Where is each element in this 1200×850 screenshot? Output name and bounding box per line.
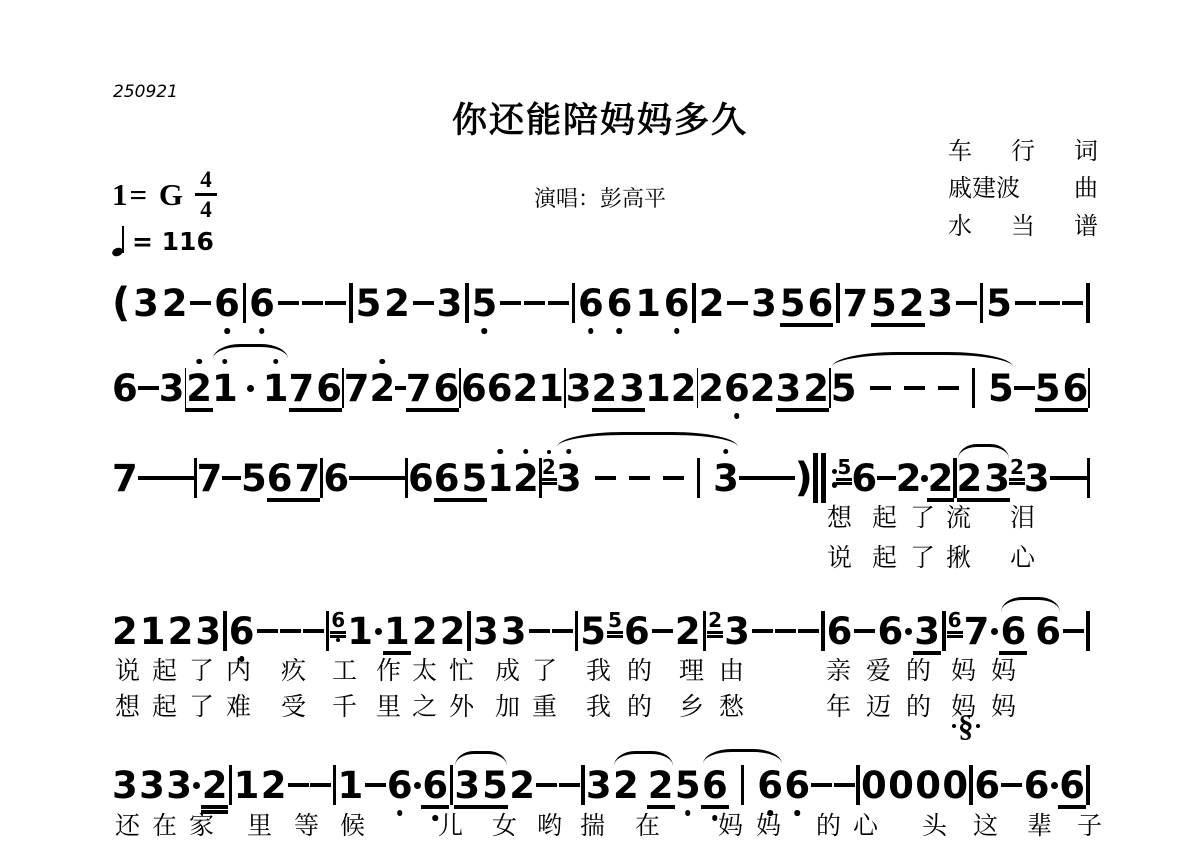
lyric-char: 了 bbox=[189, 658, 214, 683]
note-digit: 7 bbox=[842, 285, 868, 322]
note-digit: 2 bbox=[112, 613, 138, 650]
note-digit: 6 bbox=[974, 767, 1000, 804]
rest-note: 0 bbox=[915, 767, 941, 804]
note: 6 bbox=[578, 285, 604, 322]
grace-note: 2 bbox=[542, 457, 556, 477]
lyric-char: 妈 bbox=[756, 813, 781, 838]
barline bbox=[326, 611, 330, 651]
lyric-char: 内 bbox=[226, 658, 251, 683]
lyric-char: 辈 bbox=[1027, 813, 1052, 838]
note-digit: 3 bbox=[133, 285, 159, 322]
note-digit: 1 bbox=[263, 370, 289, 407]
note-digit: 6 bbox=[827, 613, 853, 650]
segno-icon: § bbox=[958, 710, 974, 741]
note-digit: 6 bbox=[851, 460, 877, 497]
lyric-char: 在 bbox=[152, 813, 177, 838]
octave-dot-below bbox=[224, 328, 230, 334]
note-digit: 2 bbox=[412, 613, 438, 650]
note-digit: 7 bbox=[197, 460, 223, 497]
note-digit: 2 bbox=[699, 285, 725, 322]
octave-dot-above bbox=[547, 450, 551, 454]
lyric-char: 的 bbox=[627, 694, 652, 719]
lyric-char: 乡 bbox=[679, 694, 704, 719]
lyric-char: 想 bbox=[115, 694, 140, 719]
note: 1 bbox=[635, 285, 661, 322]
duration-dash bbox=[190, 301, 211, 306]
music-line: (326652356616235675235 bbox=[112, 280, 1090, 326]
note-digit: 3 bbox=[586, 767, 612, 804]
note: 6 bbox=[323, 460, 349, 497]
note: 2 bbox=[671, 370, 697, 407]
lyric-char: 揪 bbox=[946, 545, 971, 570]
note-digit: 2 bbox=[1010, 457, 1024, 477]
lyric-char: 受 bbox=[281, 694, 306, 719]
note-digit: 5 bbox=[675, 767, 701, 804]
lyric-char: 妈 bbox=[991, 658, 1016, 683]
lyric-char: 外 bbox=[449, 694, 474, 719]
note-digit: 3 bbox=[713, 460, 739, 497]
credit-row: 戚建波曲 bbox=[948, 175, 1098, 201]
duration-dash bbox=[303, 629, 324, 634]
underline bbox=[541, 478, 557, 481]
duration-dash bbox=[365, 783, 386, 788]
note-digit: 5 bbox=[988, 370, 1014, 407]
note-digit: 1 bbox=[538, 370, 564, 407]
barline bbox=[703, 611, 707, 651]
note-digit: 6 bbox=[607, 285, 633, 322]
note: 5 bbox=[675, 767, 701, 804]
duration-dash bbox=[1050, 476, 1069, 481]
repeat-bar bbox=[821, 453, 826, 503]
beam-group: 76 bbox=[406, 370, 460, 407]
note: 2 bbox=[698, 370, 724, 407]
lyric-char: 之 bbox=[412, 694, 437, 719]
octave-dot-above bbox=[222, 359, 228, 365]
octave-dot-below bbox=[734, 413, 740, 419]
note-digit: 6 bbox=[323, 460, 349, 497]
note-digit: 2 bbox=[750, 370, 776, 407]
lyric-char: 心 bbox=[1010, 545, 1035, 570]
underline bbox=[541, 482, 557, 485]
note: 3 bbox=[195, 613, 221, 650]
underline bbox=[185, 408, 213, 412]
note: 6 bbox=[624, 613, 650, 650]
lyric-char: 心 bbox=[853, 813, 878, 838]
duration-dash bbox=[222, 476, 241, 481]
note: 2 bbox=[750, 370, 776, 407]
underline bbox=[913, 651, 941, 655]
note: 2 bbox=[370, 370, 396, 407]
note-digit: 2 bbox=[592, 370, 618, 407]
note-digit: 2 bbox=[708, 610, 722, 630]
duration-dash bbox=[775, 629, 796, 634]
note-digit: 6 bbox=[877, 613, 903, 650]
lyric-char: 泪 bbox=[1010, 505, 1035, 530]
note-digit: 3 bbox=[112, 767, 138, 804]
note-digit: 3 bbox=[1024, 460, 1050, 497]
underline bbox=[607, 635, 623, 638]
note: 5 bbox=[356, 285, 382, 322]
grace-note: 6 bbox=[331, 610, 345, 630]
duration-dash bbox=[1014, 386, 1025, 391]
slur-group: 66 bbox=[1000, 613, 1061, 650]
beam-group: 56 bbox=[1035, 370, 1089, 407]
note: 3 bbox=[751, 285, 777, 322]
underline bbox=[330, 631, 346, 634]
note: 6 bbox=[851, 460, 877, 497]
underline bbox=[647, 805, 675, 809]
note: 2 bbox=[613, 767, 639, 804]
underline bbox=[201, 805, 229, 809]
note: 6 bbox=[757, 767, 783, 804]
note: 1 bbox=[347, 613, 373, 650]
note-digit: 3 bbox=[776, 370, 802, 407]
barline bbox=[697, 458, 701, 498]
tempo-value: = 116 bbox=[132, 226, 214, 258]
lyric-char: 想 bbox=[827, 505, 852, 530]
note-digit: 3 bbox=[159, 370, 185, 407]
underline bbox=[701, 805, 729, 809]
octave-dot-above bbox=[380, 359, 386, 365]
octave-dot-above bbox=[497, 449, 503, 455]
lyric-char: 的 bbox=[906, 658, 931, 683]
barline bbox=[333, 765, 337, 805]
note-digit: 6 bbox=[808, 285, 834, 322]
note-digit: 3 bbox=[984, 460, 1010, 497]
note: 3 bbox=[619, 370, 645, 407]
note: 6 bbox=[784, 767, 810, 804]
note: 5 bbox=[780, 285, 806, 322]
duration-dash bbox=[559, 783, 580, 788]
barline bbox=[349, 283, 353, 323]
note: 2 bbox=[648, 767, 674, 804]
note-digit: 1 bbox=[487, 460, 513, 497]
note-digit: 6 bbox=[624, 613, 650, 650]
note-digit: 6 bbox=[724, 370, 750, 407]
note: 3 bbox=[927, 285, 953, 322]
note: 6 bbox=[249, 285, 275, 322]
duration-dash bbox=[811, 783, 832, 788]
note: 3 bbox=[166, 767, 192, 804]
duration-dash bbox=[1062, 301, 1083, 306]
note: 5 bbox=[1035, 370, 1061, 407]
note-digit: 2 bbox=[509, 767, 535, 804]
credit-text: 车 bbox=[948, 138, 972, 164]
note-digit: 7 bbox=[289, 370, 315, 407]
note-digit: 6 bbox=[331, 610, 345, 630]
barline bbox=[1086, 765, 1090, 805]
note: 6 bbox=[974, 767, 1000, 804]
note: 2 bbox=[513, 370, 539, 407]
note: 6 bbox=[1035, 613, 1061, 650]
note: 6 bbox=[1024, 767, 1050, 804]
credit-text: 水 bbox=[948, 213, 972, 239]
note: 5 bbox=[462, 460, 488, 497]
duration-dash bbox=[280, 629, 301, 634]
slur-group: 35 bbox=[454, 767, 508, 804]
note-digit: 5 bbox=[580, 613, 606, 650]
note-digit: 7 bbox=[112, 460, 138, 497]
duration-dash bbox=[386, 476, 405, 481]
barline bbox=[223, 611, 227, 651]
beam-group: 56 bbox=[780, 285, 834, 322]
music-line: 2123661122335562236636766 bbox=[112, 608, 1090, 654]
duration-dash bbox=[310, 783, 331, 788]
note: 1 bbox=[263, 370, 289, 407]
note: 3 bbox=[159, 370, 185, 407]
note: 1 bbox=[384, 613, 410, 650]
lyric-char: 加 bbox=[495, 694, 520, 719]
note: 3 bbox=[556, 460, 582, 497]
note: 3 bbox=[586, 767, 612, 804]
note: 1 bbox=[140, 613, 166, 650]
augmentation-dot bbox=[193, 782, 200, 789]
note: 7 bbox=[295, 460, 321, 497]
note: 6 bbox=[702, 767, 728, 804]
note: 6 bbox=[214, 285, 240, 322]
underline bbox=[607, 631, 623, 634]
note-digit: 6 bbox=[434, 370, 460, 407]
note: 2 bbox=[803, 370, 829, 407]
barline bbox=[1088, 368, 1090, 408]
note-digit: 3 bbox=[751, 285, 777, 322]
lyric-char: 了 bbox=[532, 658, 557, 683]
note-digit: 2 bbox=[513, 460, 539, 497]
augmentation-dot bbox=[905, 628, 912, 635]
underline bbox=[1009, 478, 1025, 481]
note-digit: 6 bbox=[757, 767, 783, 804]
lyric-char: 愁 bbox=[719, 694, 744, 719]
barline bbox=[969, 765, 973, 805]
note-digit: 2 bbox=[896, 460, 922, 497]
repeat-bar bbox=[813, 453, 818, 503]
note: 6 bbox=[422, 767, 448, 804]
lyric-char: 的 bbox=[816, 813, 841, 838]
note: 2 bbox=[440, 613, 466, 650]
lyric-char: 说 bbox=[827, 545, 852, 570]
beam-group: 52 bbox=[871, 285, 925, 322]
barline bbox=[821, 611, 825, 651]
note: 6 bbox=[461, 370, 487, 407]
duration-dash bbox=[776, 476, 795, 481]
note-digit: 2 bbox=[671, 370, 697, 407]
barline bbox=[741, 765, 745, 805]
beam-group: 76 bbox=[289, 370, 343, 407]
note: 7 bbox=[344, 370, 370, 407]
note-digit: 5 bbox=[780, 285, 806, 322]
duration-dash bbox=[413, 301, 434, 306]
note: 3 bbox=[454, 767, 480, 804]
note-digit: 2 bbox=[803, 370, 829, 407]
note-digit: 7 bbox=[964, 613, 990, 650]
duration-dash bbox=[834, 783, 855, 788]
slur-group: 55 bbox=[831, 368, 1014, 408]
repeat-start-sign bbox=[813, 453, 838, 503]
lyric-char: 疚 bbox=[281, 658, 306, 683]
note-digit: 6 bbox=[387, 767, 413, 804]
note: 3 bbox=[473, 613, 499, 650]
lyric-char: 太 bbox=[412, 658, 437, 683]
octave-dot-below bbox=[712, 815, 718, 821]
note: 3 bbox=[776, 370, 802, 407]
barline bbox=[450, 765, 454, 805]
octave-dot-above bbox=[566, 449, 572, 455]
note: 2 bbox=[112, 613, 138, 650]
grace-note: 5 bbox=[837, 457, 851, 477]
underline bbox=[707, 631, 723, 634]
note-digit: 6 bbox=[408, 460, 434, 497]
note-digit: 5 bbox=[986, 285, 1012, 322]
lyric-char: 起 bbox=[872, 505, 897, 530]
duration-dash bbox=[663, 476, 684, 481]
music-line: 33321216635232256660000666 bbox=[112, 762, 1090, 808]
note: 7 bbox=[406, 370, 432, 407]
note: 5 bbox=[472, 285, 498, 322]
note: 1 bbox=[645, 370, 671, 407]
note-digit: 2 bbox=[162, 285, 188, 322]
note-digit: 5 bbox=[356, 285, 382, 322]
note: 3 bbox=[713, 460, 739, 497]
duration-dash bbox=[1001, 783, 1022, 788]
lyric-char: 流 bbox=[946, 505, 971, 530]
sheet-music-page: 250921 你还能陪妈妈多久 1= G 4 4 = 116 演唱：彭高平 车行… bbox=[0, 0, 1200, 850]
note: 3 bbox=[724, 613, 750, 650]
octave-dot-above bbox=[273, 359, 279, 365]
note-digit: 6 bbox=[487, 370, 513, 407]
note-digit: 3 bbox=[437, 285, 463, 322]
barline bbox=[243, 283, 247, 323]
beam-group: 67 bbox=[267, 460, 321, 497]
duration-dash bbox=[595, 476, 616, 481]
note-digit: 6 bbox=[229, 613, 255, 650]
note-digit: 2 bbox=[899, 285, 925, 322]
note-digit: 6 bbox=[948, 610, 962, 630]
note: 6 bbox=[316, 370, 342, 407]
duration-dash bbox=[148, 386, 159, 391]
note-digit: 3 bbox=[566, 370, 592, 407]
augmentation-dot bbox=[1051, 782, 1058, 789]
note-digit: 3 bbox=[724, 613, 750, 650]
note: 6 bbox=[408, 460, 434, 497]
note-digit: 5 bbox=[1035, 370, 1061, 407]
underline bbox=[947, 631, 963, 634]
note: 6 bbox=[808, 285, 834, 322]
note: 5 bbox=[986, 285, 1012, 322]
duration-dash bbox=[500, 301, 521, 306]
octave-dot-below bbox=[617, 328, 623, 334]
note: 3 bbox=[501, 613, 527, 650]
note: 7 bbox=[112, 460, 138, 497]
note: 3 bbox=[914, 613, 940, 650]
grace-note: 2 bbox=[708, 610, 722, 630]
lyric-char: 说 bbox=[115, 658, 140, 683]
note: 5 bbox=[871, 285, 897, 322]
barline bbox=[575, 611, 579, 651]
lyric-char: 难 bbox=[226, 694, 251, 719]
augmentation-dot bbox=[375, 628, 382, 635]
lyric-char: 的 bbox=[906, 694, 931, 719]
note: 6 bbox=[112, 370, 138, 407]
underline bbox=[1009, 482, 1025, 485]
note: 1 bbox=[212, 370, 238, 407]
augmentation-dot bbox=[991, 628, 998, 635]
credit-text: 曲 bbox=[1074, 175, 1098, 201]
lyric-char: 了 bbox=[910, 505, 935, 530]
note-digit: 6 bbox=[1024, 767, 1050, 804]
note-digit: 3 bbox=[139, 767, 165, 804]
underline bbox=[707, 635, 723, 638]
duration-dash bbox=[904, 386, 925, 391]
note: 6 bbox=[387, 767, 413, 804]
note-digit: 3 bbox=[556, 460, 582, 497]
note: 3 bbox=[437, 285, 463, 322]
note-digit: 6 bbox=[702, 767, 728, 804]
note-digit: 6 bbox=[461, 370, 487, 407]
duration-dash bbox=[325, 301, 346, 306]
note-digit: 6 bbox=[214, 285, 240, 322]
note: 1 bbox=[337, 767, 363, 804]
note-digit: 7 bbox=[295, 460, 321, 497]
duration-dash bbox=[652, 629, 673, 634]
note-digit: 2 bbox=[513, 370, 539, 407]
barline bbox=[572, 283, 576, 323]
lyric-char: 妈 bbox=[991, 694, 1016, 719]
note-digit: 3 bbox=[473, 613, 499, 650]
note-digit: 5 bbox=[871, 285, 897, 322]
note: 1 bbox=[487, 460, 513, 497]
note: 2 bbox=[675, 613, 701, 650]
note-digit: 2 bbox=[384, 285, 410, 322]
note: 2 bbox=[168, 613, 194, 650]
duration-dash bbox=[138, 476, 157, 481]
note-digit: 5 bbox=[241, 460, 267, 497]
note-digit: 6 bbox=[1063, 370, 1089, 407]
duration-dash bbox=[1039, 301, 1060, 306]
note-digit: 6 bbox=[784, 767, 810, 804]
lyric-char: 迈 bbox=[866, 694, 891, 719]
music-line: 63211767276662132312262325556 bbox=[112, 365, 1090, 411]
note: 6 bbox=[434, 370, 460, 407]
note: 2 bbox=[186, 370, 212, 407]
note: 6 bbox=[607, 285, 633, 322]
underline bbox=[947, 635, 963, 638]
note-digit: 1 bbox=[140, 613, 166, 650]
octave-dot-below bbox=[259, 328, 265, 334]
credit-row: 水当谱 bbox=[948, 213, 1098, 239]
octave-dot-above bbox=[723, 449, 729, 455]
lyric-char: 我 bbox=[586, 658, 611, 683]
note-digit: 3 bbox=[195, 613, 221, 650]
note-digit: 5 bbox=[482, 767, 508, 804]
barline bbox=[229, 765, 233, 805]
underline bbox=[383, 651, 411, 655]
octave-dot-above bbox=[523, 449, 529, 455]
lyric-char: 年 bbox=[826, 694, 851, 719]
note-digit: 0 bbox=[942, 767, 968, 804]
note: 6 bbox=[827, 613, 853, 650]
note-digit: 3 bbox=[619, 370, 645, 407]
beam-group: 23 bbox=[592, 370, 646, 407]
note-digit: 3 bbox=[454, 767, 480, 804]
augmentation-dot bbox=[414, 782, 421, 789]
underline bbox=[999, 651, 1027, 655]
note-digit: 2 bbox=[957, 460, 983, 497]
note: 2 bbox=[509, 767, 535, 804]
lyric-char: 这 bbox=[973, 813, 998, 838]
note-digit: 6 bbox=[1059, 767, 1085, 804]
note: 7 bbox=[289, 370, 315, 407]
lyric-char: 等 bbox=[294, 813, 319, 838]
